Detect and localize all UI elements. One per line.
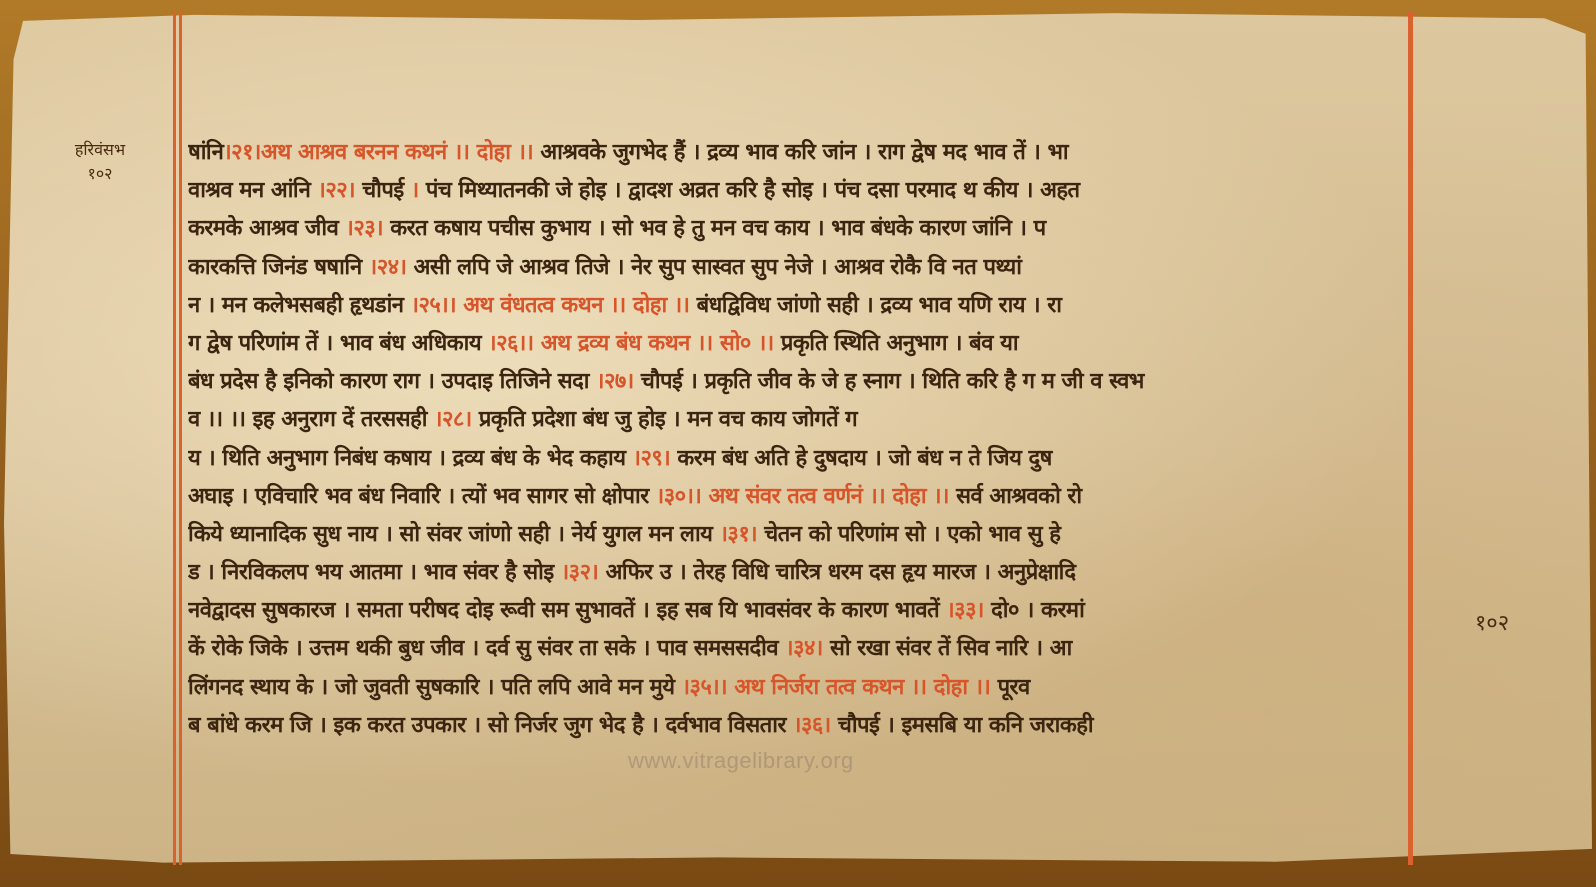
text-segment: प्रकृति प्रदेशा बंध जु होइ । मन वच काय ज… — [472, 407, 857, 432]
text-segment: ब बांधे करम जि । इक करत उपकार । सो निर्ज… — [188, 713, 793, 738]
text-segment: य । थिति अनुभाग निबंध कषाय । द्रव्य बंध … — [188, 446, 633, 471]
manuscript-line: वाश्रव मन आंनि ।२२। चौपई । पंच मिथ्यातनक… — [188, 172, 1408, 210]
rubric-segment: ।३३। — [946, 598, 984, 623]
rubric-segment: । — [411, 178, 419, 203]
text-segment: वाश्रव मन आंनि — [188, 178, 317, 203]
rubric-segment: ।२६।। अथ द्रव्य बंध कथन ।। सो० ।। — [488, 331, 773, 356]
text-segment: षांनि — [188, 140, 223, 165]
left-margin-title: हरिवंसभ — [40, 138, 160, 162]
text-segment: व ।। — [188, 407, 223, 432]
text-segment: कें रोके जिके । उत्तम थकी बुध जीव । दर्व… — [188, 636, 785, 661]
manuscript-line: नवेद्वादस सुषकारज । समता परीषद दोइ रूवी … — [188, 592, 1408, 630]
manuscript-line: कें रोके जिके । उत्तम थकी बुध जीव । दर्व… — [188, 630, 1408, 668]
rubric-segment: ।२१। — [223, 140, 261, 165]
text-segment — [223, 407, 230, 432]
rubric-segment: ।२८। — [434, 407, 472, 432]
right-margin-note: १०२ — [1452, 612, 1532, 636]
text-segment: सर्व आश्रवको रो — [949, 484, 1082, 509]
text-segment: अफिर उ । तेरह विधि चारित्र धरम दस हृय मा… — [598, 560, 1075, 585]
watermark: www.vitragelibrary.org — [628, 748, 854, 774]
manuscript-line: व ।। ।। इह अनुराग दें तरससही ।२८। प्रकृत… — [188, 401, 1408, 439]
manuscript-line: अघाइ । एविचारि भव बंध निवारि । त्यों भव … — [188, 478, 1408, 516]
manuscript-line: ब बांधे करम जि । इक करत उपकार । सो निर्ज… — [188, 707, 1408, 745]
text-segment: ग द्वेष परिणांम तें । भाव बंध अधिकाय — [188, 331, 488, 356]
text-segment: न । मन कलेभसबही हृथडांन — [188, 293, 411, 318]
text-segment: सो रखा संवर तें सिव नारि । आ — [823, 636, 1072, 661]
rubric-segment: ।२४। — [369, 255, 407, 280]
text-segment: बंध प्रदेस है इनिको कारण राग । उपदाइ तिज… — [188, 369, 596, 394]
right-margin-rule — [1408, 12, 1413, 865]
text-segment: असी लपि जे आश्रव तिजे । नेर सुप सास्वत स… — [406, 255, 1021, 280]
manuscript-text-block: षांनि।२१।अथ आश्रव बरनन कथनं ।। दोहा ।। आ… — [188, 134, 1408, 745]
rubric-segment: ।२२। — [317, 178, 355, 203]
rubric-segment: ।२५।। अथ वंधतत्व कथन ।। दोहा ।। — [411, 293, 690, 318]
manuscript-line: ड । निरविकलप भय आतमा । भाव संवर है सोइ ।… — [188, 554, 1408, 592]
manuscript-line: षांनि।२१।अथ आश्रव बरनन कथनं ।। दोहा ।। आ… — [188, 134, 1408, 172]
text-segment: चौपई । इमसबि या कनि जराकही — [831, 713, 1093, 738]
text-segment: करत कषाय पचीस कुभाय । सो भव हे तु मन वच … — [383, 216, 1046, 241]
rubric-segment: ।२३। — [345, 216, 383, 241]
text-segment: करम बंध अति हे दुषदाय । जो बंध न ते जिय … — [670, 446, 1052, 471]
text-segment: किये ध्यानादिक सुध नाय । सो संवर जांणो स… — [188, 522, 720, 547]
text-segment: लिंगनद स्थाय के । जो जुवती सुषकारि । पति… — [188, 675, 682, 700]
manuscript-line: ग द्वेष परिणांम तें । भाव बंध अधिकाय ।२६… — [188, 325, 1408, 363]
left-margin-rule — [173, 12, 176, 865]
text-segment: नवेद्वादस सुषकारज । समता परीषद दोइ रूवी … — [188, 598, 946, 623]
manuscript-line: कारकत्ति जिनंड षषानि ।२४। असी लपि जे आश्… — [188, 249, 1408, 287]
right-margin-folio-number: १०२ — [1452, 612, 1532, 636]
text-segment: ड । निरविकलप भय आतमा । भाव संवर है सोइ — [188, 560, 561, 585]
rubric-segment: ।३२। — [561, 560, 599, 585]
text-segment: पूरव — [990, 675, 1029, 700]
manuscript-line: करमके आश्रव जीव ।२३। करत कषाय पचीस कुभाय… — [188, 210, 1408, 248]
rubric-segment: ।३४। — [785, 636, 823, 661]
text-segment: ।। इह अनुराग दें तरससही — [230, 407, 434, 432]
text-segment: प्रकृति स्थिति अनुभाग । बंव या — [774, 331, 1018, 356]
rubric-segment: ।२९। — [633, 446, 671, 471]
text-segment: पंच मिथ्यातनकी जे होइ । द्वादश अव्रत करि… — [419, 178, 1080, 203]
manuscript-line: बंध प्रदेस है इनिको कारण राग । उपदाइ तिज… — [188, 363, 1408, 401]
text-segment: चौपई । प्रकृति जीव के जे ह स्नाग । थिति … — [634, 369, 1144, 394]
manuscript-line: किये ध्यानादिक सुध नाय । सो संवर जांणो स… — [188, 516, 1408, 554]
text-segment: आश्रवके जुगभेद हैं । द्रव्य भाव करि जांन… — [533, 140, 1068, 165]
text-segment: कारकत्ति जिनंड षषानि — [188, 255, 369, 280]
text-segment: दो० । करमां — [984, 598, 1084, 623]
rubric-segment: ।३०।। अथ संवर तत्व वर्णनं ।। दोहा ।। — [656, 484, 949, 509]
rubric-segment: ।३१। — [720, 522, 758, 547]
text-segment: बंधद्विविध जांणो सही । द्रव्य भाव यणि रा… — [690, 293, 1062, 318]
rubric-segment: ।२७। — [596, 369, 634, 394]
text-segment: चौपई — [355, 178, 411, 203]
manuscript-line: य । थिति अनुभाग निबंध कषाय । द्रव्य बंध … — [188, 440, 1408, 478]
left-margin-note: हरिवंसभ १०२ — [40, 138, 160, 186]
manuscript-line: लिंगनद स्थाय के । जो जुवती सुषकारि । पति… — [188, 669, 1408, 707]
manuscript-line: न । मन कलेभसबही हृथडांन ।२५।। अथ वंधतत्व… — [188, 287, 1408, 325]
rubric-segment: ।३६। — [793, 713, 831, 738]
rubric-segment: अथ आश्रव बरनन कथनं ।। दोहा ।। — [261, 140, 533, 165]
text-segment: चेतन को परिणांम सो । एको भाव सु हे — [757, 522, 1060, 547]
text-segment: अघाइ । एविचारि भव बंध निवारि । त्यों भव … — [188, 484, 656, 509]
left-margin-folio-number: १०२ — [40, 162, 160, 186]
rubric-segment: ।३५।। अथ निर्जरा तत्व कथन ।। दोहा ।। — [682, 675, 991, 700]
text-segment: करमके आश्रव जीव — [188, 216, 345, 241]
